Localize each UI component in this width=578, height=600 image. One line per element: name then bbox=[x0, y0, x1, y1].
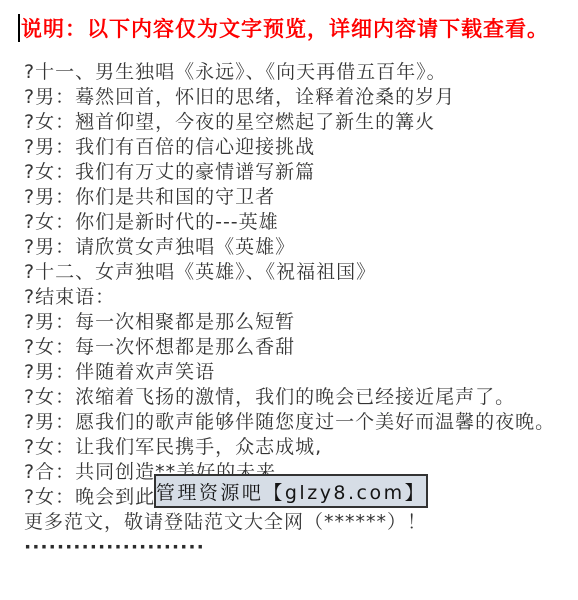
preview-line: ?男：伴随着欢声笑语 bbox=[24, 360, 555, 385]
preview-line: ?男：愿我们的歌声能够伴随您度过一个美好而温馨的夜晚。 bbox=[24, 410, 555, 435]
preview-line: ?男：请欣赏女声独唱《英雄》 bbox=[24, 235, 555, 260]
preview-line: ?十一、男生独唱《永远》、《向天再借五百年》。 bbox=[24, 60, 555, 85]
preview-line: ?结束语： bbox=[24, 285, 555, 310]
document-preview-page: 说明：以下内容仅为文字预览，详细内容请下载查看。 ?十一、男生独唱《永远》、《向… bbox=[0, 0, 578, 600]
watermark-text: 管理资源吧【glzy8.com】 bbox=[156, 478, 426, 505]
preview-notice: 说明：以下内容仅为文字预览，详细内容请下载查看。 bbox=[21, 13, 549, 43]
preview-line: ?男：你们是共和国的守卫者 bbox=[24, 185, 555, 210]
preview-line: ?男：每一次相聚都是那么短暂 bbox=[24, 310, 555, 335]
preview-line: ?女：浓缩着飞扬的激情，我们的晚会已经接近尾声了。 bbox=[24, 385, 555, 410]
preview-line: ?女：翘首仰望，今夜的星空燃起了新生的篝火 bbox=[24, 110, 555, 135]
preview-line: ?男：我们有百倍的信心迎接挑战 bbox=[24, 135, 555, 160]
text-cursor bbox=[18, 14, 20, 42]
site-watermark: 管理资源吧【glzy8.com】 bbox=[154, 474, 428, 508]
footer-more-line: 更多范文，敬请登陆范文大全网（******）！ bbox=[24, 510, 555, 535]
preview-line: ?男：蓦然回首，怀旧的思绪，诠释着沧桑的岁月 bbox=[24, 85, 555, 110]
preview-line: ?女：每一次怀想都是那么香甜 bbox=[24, 335, 555, 360]
preview-line: ?十二、女声独唱《英雄》、《祝福祖国》 bbox=[24, 260, 555, 285]
footer-dots-line: ······················ bbox=[24, 535, 555, 560]
preview-line: ?女：让我们军民携手，众志成城, bbox=[24, 435, 555, 460]
preview-line: ?女：你们是新时代的---英雄 bbox=[24, 210, 555, 235]
preview-line: ?女：我们有万丈的豪情谱写新篇 bbox=[24, 160, 555, 185]
